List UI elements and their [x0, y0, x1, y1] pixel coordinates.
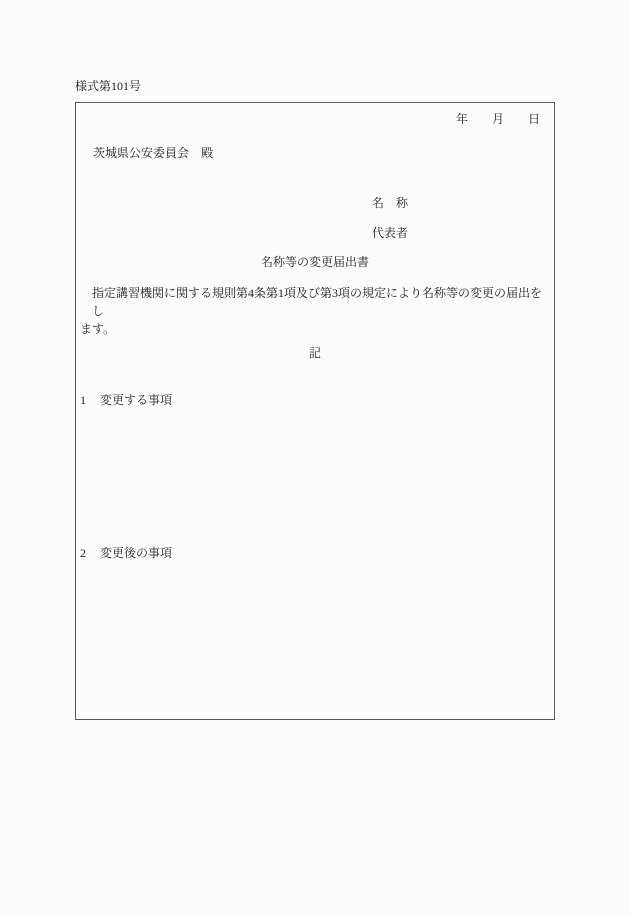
- name-field-label: 名 称: [372, 194, 408, 212]
- body-line-1: 指定講習機関に関する規則第4条第1項及び第3項の規定により名称等の変更の届出をし: [80, 284, 550, 320]
- item-1-number: 1: [80, 391, 100, 409]
- form-border-box: 年 月 日 茨城県公安委員会 殿 名 称 代表者 名称等の変更届出書 指定講習機…: [75, 102, 555, 720]
- document-page: 様式第101号 年 月 日 茨城県公安委員会 殿 名 称 代表者 名称等の変更届…: [0, 0, 630, 915]
- date-line: 年 月 日: [76, 110, 554, 128]
- representative-field-label: 代表者: [372, 224, 408, 242]
- list-item-1: 1変更する事項: [80, 391, 172, 409]
- item-1-label: 変更する事項: [100, 393, 172, 407]
- form-number-label: 様式第101号: [75, 77, 141, 95]
- record-heading: 記: [76, 344, 554, 362]
- item-2-label: 変更後の事項: [100, 546, 172, 560]
- body-paragraph: 指定講習機関に関する規則第4条第1項及び第3項の規定により名称等の変更の届出をし…: [80, 284, 550, 338]
- addressee-line: 茨城県公安委員会 殿: [93, 144, 213, 162]
- body-line-2: ます。: [80, 320, 550, 338]
- document-title: 名称等の変更届出書: [76, 253, 554, 271]
- item-2-number: 2: [80, 544, 100, 562]
- list-item-2: 2変更後の事項: [80, 544, 172, 562]
